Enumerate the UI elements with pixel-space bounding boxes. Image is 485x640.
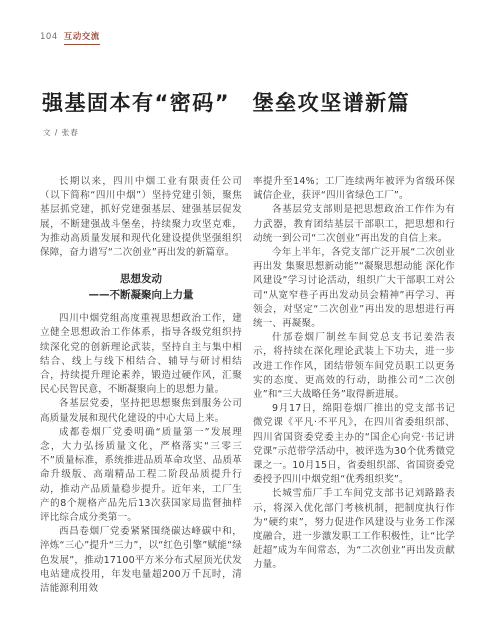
section-heading-line1: 思想发动 <box>40 271 242 287</box>
magazine-page: 104互动交流 强基固本有“密码” 堡垒攻坚谱新篇 文 / 张春 长期以来，四川… <box>0 0 485 640</box>
paragraph: 各基层党委，坚持把思想聚焦到服务公司高质量发展和现代化建设的中心大局上来。 <box>40 397 242 425</box>
paragraph: 成都卷烟厂党委明确“质量第一”发展理念，大力弘扬质量文化，严格落实“三零三不”质… <box>40 426 242 525</box>
page-header: 104互动交流 <box>40 30 455 44</box>
left-column: 长期以来，四川中烟工业有限责任公司（以下简称“四川中烟”）坚持党建引领，聚焦基层… <box>40 175 242 596</box>
right-column: 率提升至14%；工厂连续两年被评为省级环保诚信企业，获评“四川省绿色工厂”。 各… <box>253 175 455 596</box>
paragraph: 长城雪茄厂手工车间党支部书记刘路路表示，将深入优化部门考核机制，把制度执行作为“… <box>253 487 455 572</box>
section-heading: 思想发动 ——不断凝聚向上力量 <box>40 271 242 303</box>
section-heading-line2: ——不断凝聚向上力量 <box>40 287 242 303</box>
page-number: 104 <box>40 32 58 42</box>
paragraph: 9月17日，绵阳卷烟厂推出的党支部书记微党课《平凡·不平凡》，在四川省委组织部、… <box>253 402 455 487</box>
paragraph: 四川中烟党组高度重视思想政治工作，建立健全思想政治工作体系，指导各级党组织持续深… <box>40 312 242 397</box>
paragraph: 今年上半年，各党支部广泛开展“二次创业再出发 集聚思想新动能”“凝聚思想动能 深… <box>253 246 455 331</box>
intro-paragraph: 长期以来，四川中烟工业有限责任公司（以下简称“四川中烟”）坚持党建引领，聚焦基层… <box>40 175 242 260</box>
section-title: 互动交流 <box>64 32 100 45</box>
paragraph: 各基层党支部则是把思想政治工作作为有力武器，教育团结基层干部职工，把思想和行动统… <box>253 203 455 246</box>
article-title: 强基固本有“密码” 堡垒攻坚谱新篇 <box>42 90 455 116</box>
paragraph: 西昌卷烟厂党委紧紧围绕碳达峰碳中和，淬炼“三心”提升“三力”，以“红色引擎”赋能… <box>40 525 242 596</box>
article-body: 长期以来，四川中烟工业有限责任公司（以下简称“四川中烟”）坚持党建引领，聚焦基层… <box>40 175 455 596</box>
article-byline: 文 / 张春 <box>43 127 455 138</box>
continued-paragraph: 率提升至14%；工厂连续两年被评为省级环保诚信企业，获评“四川省绿色工厂”。 <box>253 175 455 203</box>
paragraph: 什邡卷烟厂制丝车间党总支书记姜浩表示，将持续在深化理论武装上下功夫，进一步改进工… <box>253 331 455 402</box>
